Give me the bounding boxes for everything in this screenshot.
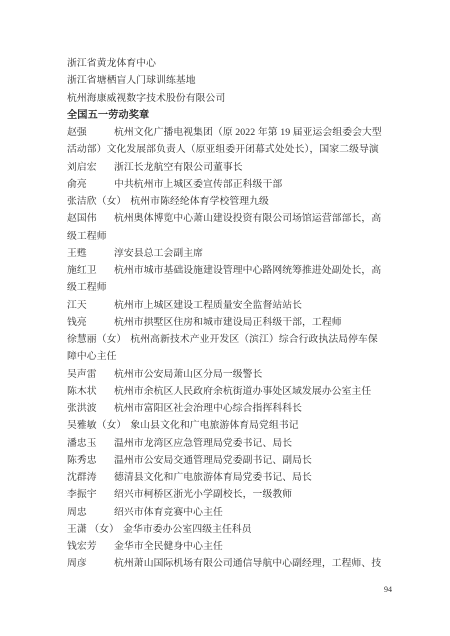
awardee-name: 周忠 <box>67 504 110 521</box>
awardee-title: 德清县文化和广电旅游体育局党委书记、局长 <box>114 472 312 483</box>
awardee-title-continuation: 障中心主任 <box>67 348 397 365</box>
award-entry-line: 江天杭州市上城区建设工程质量安全监督站站长 <box>67 297 397 314</box>
awardee-title: 杭州市城市基础设施建设管理中心路网统筹推进处副处长，高 <box>114 265 381 276</box>
awardee-title: 杭州萧山国际机场有限公司通信导航中心副经理，工程师、技 <box>114 558 381 569</box>
awardee-name: 周彦 <box>67 555 110 572</box>
awardee-title-continuation: 级工程师 <box>67 228 397 245</box>
document-content: 浙江省黄龙体育中心浙江省塘栖盲人门球训练基地杭州海康威视数字技术股份有限公司全国… <box>67 55 397 573</box>
awardee-name: 俞亮 <box>67 176 110 193</box>
document-page: 浙江省黄龙体育中心浙江省塘栖盲人门球训练基地杭州海康威视数字技术股份有限公司全国… <box>0 0 450 636</box>
award-entry-line: 施红卫杭州市城市基础设施建设管理中心路网统筹推进处副处长，高 <box>67 262 397 279</box>
org-list-item: 浙江省黄龙体育中心 <box>67 55 397 72</box>
awardee-title-continuation: 级工程师 <box>67 279 397 296</box>
award-entry-line: 钱亮杭州市拱墅区住房和城市建设局正科级干部，工程师 <box>67 314 397 331</box>
awardee-name: 吴声雷 <box>67 366 110 383</box>
awardee-title: 杭州市余杭区人民政府余杭街道办事处区域发展办公室主任 <box>114 386 371 397</box>
award-entry-line: 张洁欣（女）杭州市陈经纶体育学校管理九级 <box>67 193 397 210</box>
section-heading: 全国五一劳动奖章 <box>67 107 397 124</box>
awardee-name: 陈木状 <box>67 383 110 400</box>
awardee-name: 潘忠玉 <box>67 435 110 452</box>
awardee-title: 温州市公安局交通管理局党委副书记、副局长 <box>114 455 312 466</box>
awardee-title: 绍兴市柯桥区浙光小学副校长，一级教师 <box>114 489 292 500</box>
award-entry-line: 王潇 （女）金华市委办公室四级主任科员 <box>67 521 397 538</box>
org-list-item: 杭州海康威视数字技术股份有限公司 <box>67 90 397 107</box>
awardee-name: 李振宇 <box>67 486 110 503</box>
award-entry-line: 陈木状杭州市余杭区人民政府余杭街道办事处区域发展办公室主任 <box>67 383 397 400</box>
award-entry-line: 王甦淳安县总工会副主席 <box>67 245 397 262</box>
awardee-name: 徐慧丽（女） <box>67 331 126 348</box>
award-entry-line: 刘启宏浙江长龙航空有限公司董事长 <box>67 159 397 176</box>
award-entry-line: 赵强杭州文化广播电视集团（原 2022 年第 19 届亚运会组委会大型 <box>67 124 397 141</box>
awardee-name: 江天 <box>67 297 110 314</box>
awardee-title: 杭州市陈经纶体育学校管理九级 <box>130 196 269 207</box>
awardee-title: 温州市龙湾区应急管理局党委书记、局长 <box>114 438 292 449</box>
award-entry-line: 吴雅敏（女）象山县文化和广电旅游体育局党组书记 <box>67 417 397 434</box>
awardee-title-continuation: 活动部）文化发展部负责人（原亚组委开闭幕式处处长），国家二级导演 <box>67 141 397 158</box>
award-entry-line: 赵国伟杭州奥体博览中心萧山建设投资有限公司场馆运营部部长，高 <box>67 210 397 227</box>
award-entry-line: 李振宇绍兴市柯桥区浙光小学副校长，一级教师 <box>67 486 397 503</box>
org-list-item: 浙江省塘栖盲人门球训练基地 <box>67 72 397 89</box>
award-entry-line: 潘忠玉温州市龙湾区应急管理局党委书记、局长 <box>67 435 397 452</box>
awardee-title: 浙江长龙航空有限公司董事长 <box>114 162 243 173</box>
award-entry-line: 周彦杭州萧山国际机场有限公司通信导航中心副经理，工程师、技 <box>67 555 397 572</box>
awardee-name: 张洁欣（女） <box>67 193 126 210</box>
awardee-name: 王甦 <box>67 245 110 262</box>
awardee-title: 杭州奥体博览中心萧山建设投资有限公司场馆运营部部长，高 <box>114 213 381 224</box>
awardee-title: 杭州文化广播电视集团（原 2022 年第 19 届亚运会组委会大型 <box>114 127 382 138</box>
award-entry-line: 陈秀忠温州市公安局交通管理局党委副书记、副局长 <box>67 452 397 469</box>
awardee-title: 绍兴市体育竞赛中心主任 <box>114 507 223 518</box>
awardee-name: 赵强 <box>67 124 110 141</box>
awardee-name: 钱宏芳 <box>67 538 110 555</box>
awardee-name: 王潇 （女） <box>67 521 119 538</box>
award-entry-line: 沈群涛德清县文化和广电旅游体育局党委书记、局长 <box>67 469 397 486</box>
award-entry-line: 吴声雷杭州市公安局萧山区分局一级警长 <box>67 366 397 383</box>
awardee-title: 金华市全民健身中心主任 <box>114 541 223 552</box>
award-entry-line: 徐慧丽（女）杭州高新技术产业开发区（滨江）综合行政执法局停车保 <box>67 331 397 348</box>
awardee-name: 沈群涛 <box>67 469 110 486</box>
awardee-name: 陈秀忠 <box>67 452 110 469</box>
award-entry-line: 张洪波杭州市富阳区社会治理中心综合指挥科科长 <box>67 400 397 417</box>
awardee-name: 钱亮 <box>67 314 110 331</box>
awardee-title: 金华市委办公室四级主任科员 <box>123 524 252 535</box>
awardee-title: 杭州市拱墅区住房和城市建设局正科级干部，工程师 <box>114 317 342 328</box>
awardee-title: 杭州市公安局萧山区分局一级警长 <box>114 369 262 380</box>
award-entry-line: 钱宏芳金华市全民健身中心主任 <box>67 538 397 555</box>
awardee-name: 赵国伟 <box>67 210 110 227</box>
award-entry-line: 俞亮中共杭州市上城区委宣传部正科级干部 <box>67 176 397 193</box>
award-entry-line: 周忠绍兴市体育竞赛中心主任 <box>67 504 397 521</box>
awardee-title: 中共杭州市上城区委宣传部正科级干部 <box>114 179 282 190</box>
awardee-title: 杭州市上城区建设工程质量安全监督站站长 <box>114 300 302 311</box>
awardee-title: 杭州高新技术产业开发区（滨江）综合行政执法局停车保 <box>130 334 377 345</box>
awardee-title: 象山县文化和广电旅游体育局党组书记 <box>130 420 298 431</box>
awardee-title: 杭州市富阳区社会治理中心综合指挥科科长 <box>114 403 302 414</box>
page-number: 94 <box>384 585 392 595</box>
awardee-name: 刘启宏 <box>67 159 110 176</box>
awardee-name: 张洪波 <box>67 400 110 417</box>
awardee-name: 吴雅敏（女） <box>67 417 126 434</box>
awardee-title: 淳安县总工会副主席 <box>114 248 203 259</box>
awardee-name: 施红卫 <box>67 262 110 279</box>
